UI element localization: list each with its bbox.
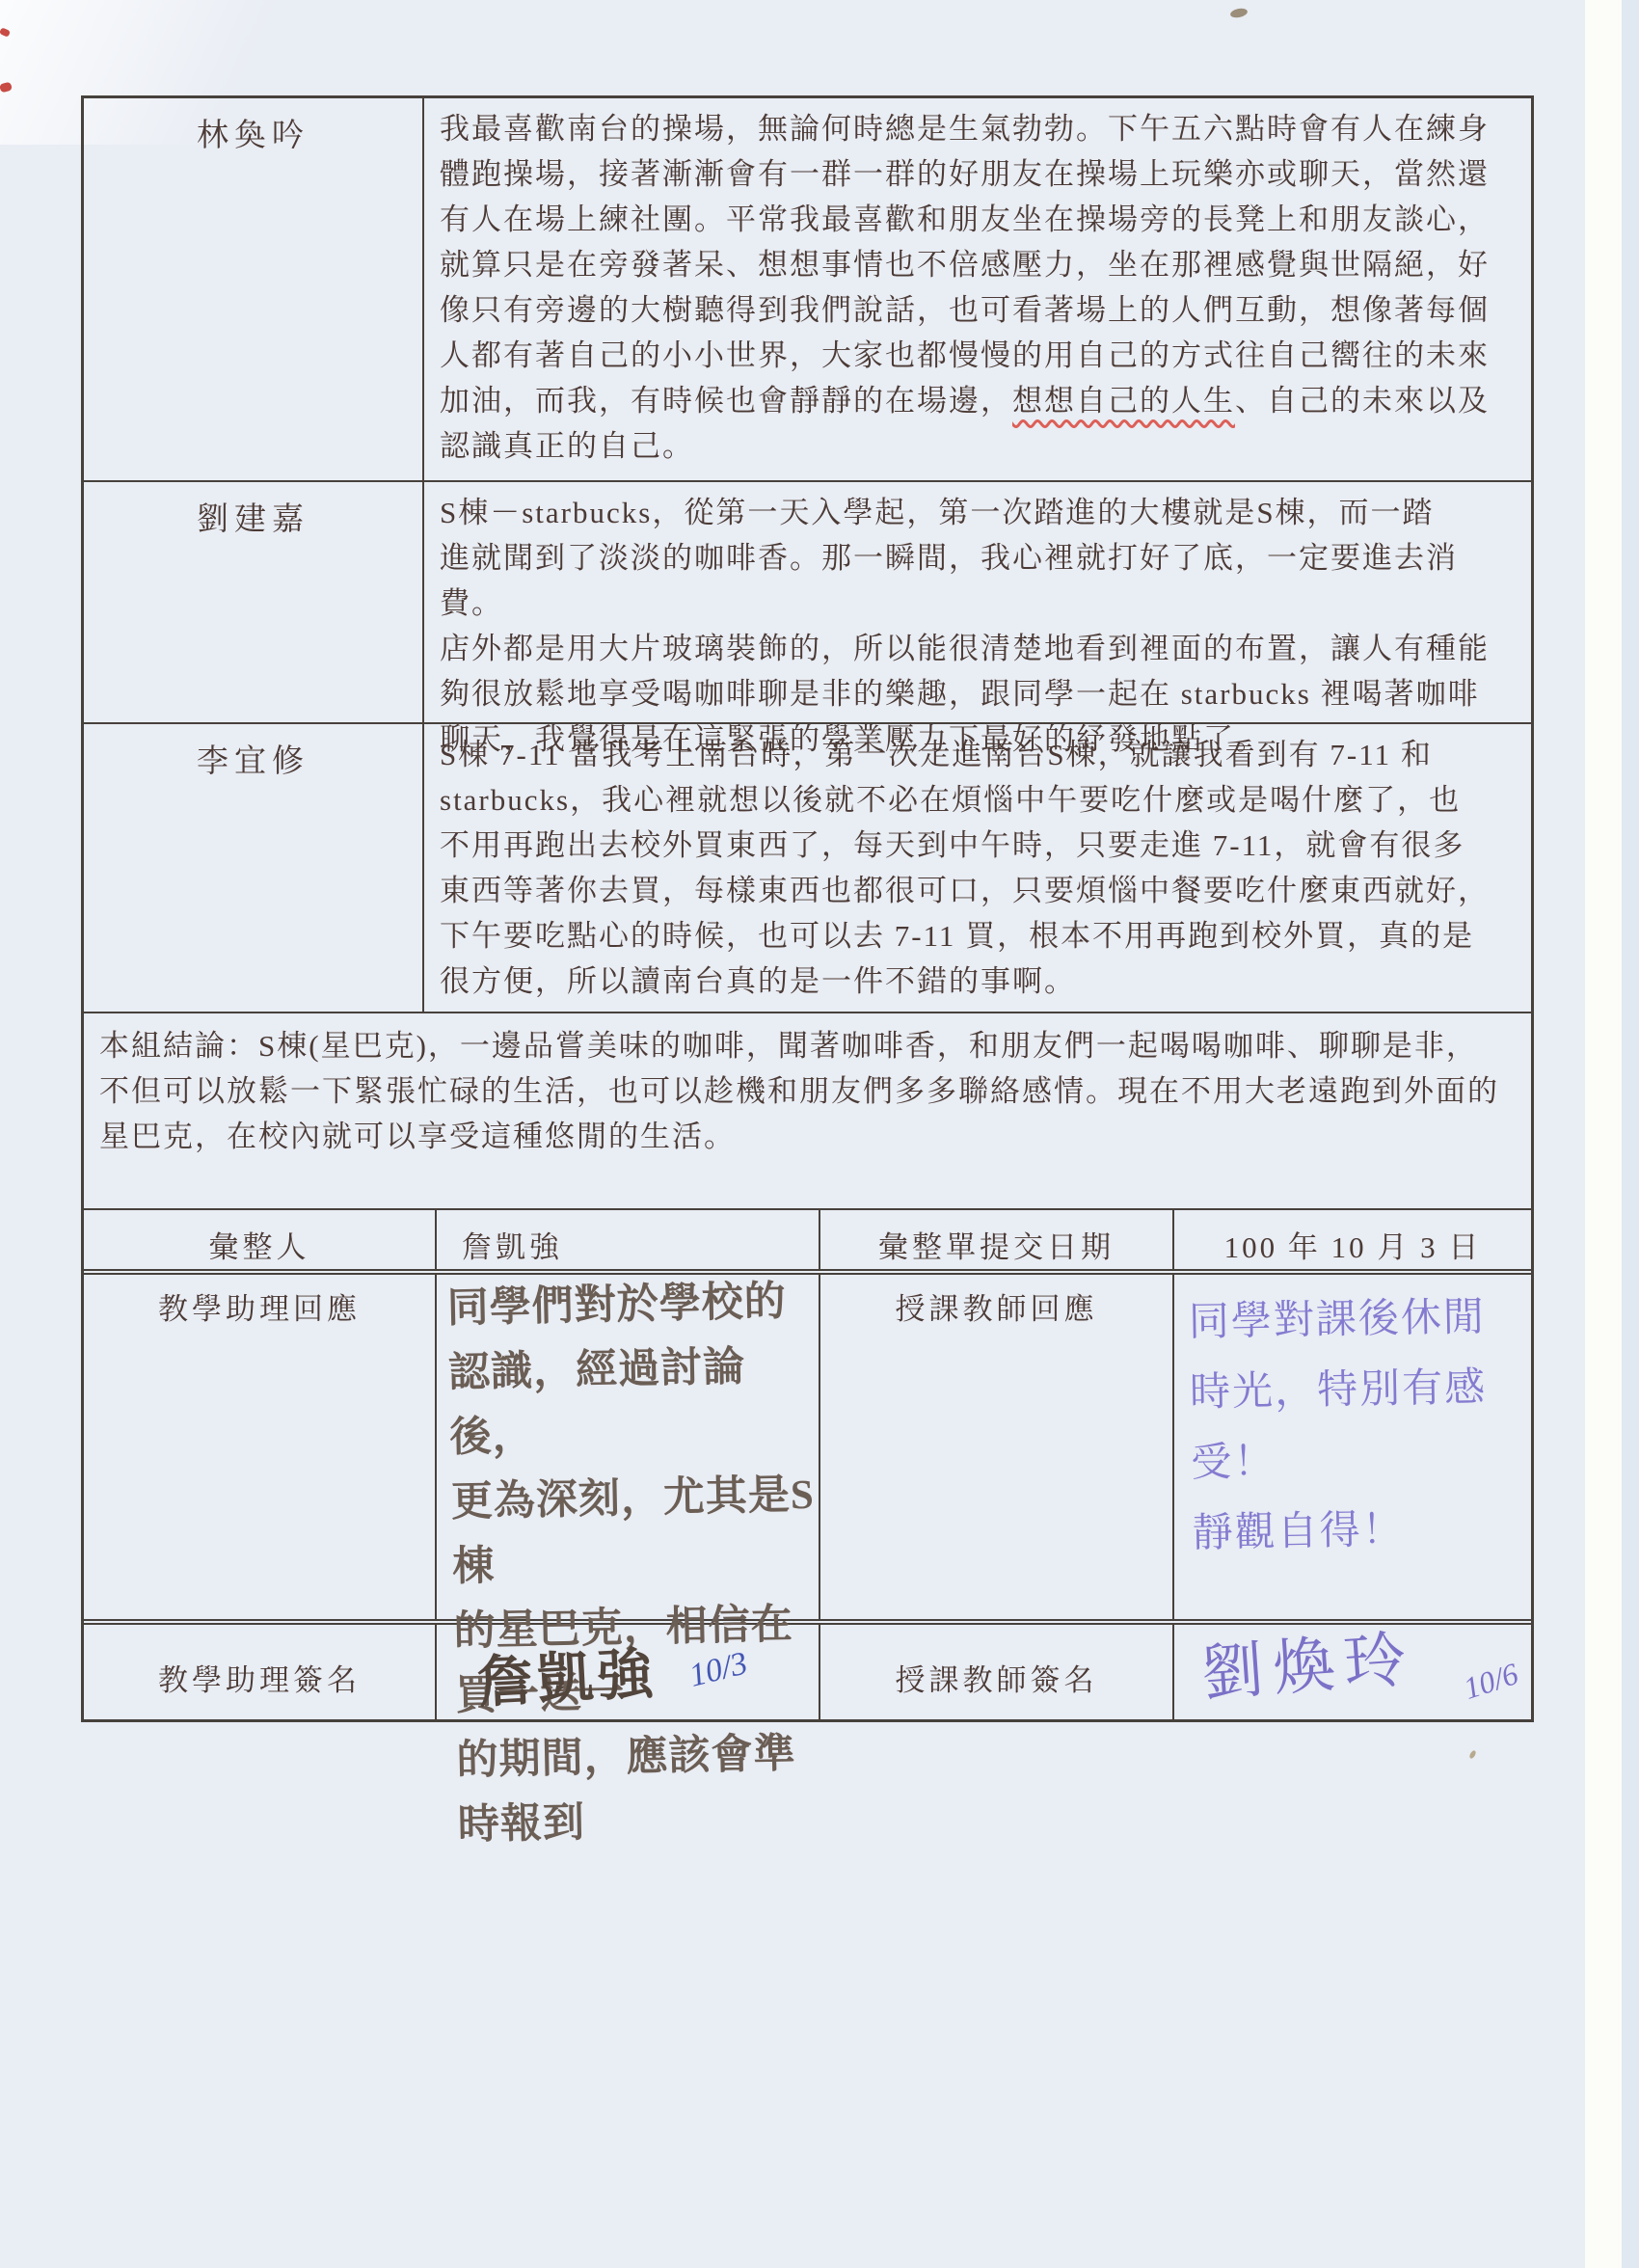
compiler-label: 彙整人 xyxy=(84,1210,437,1269)
ta-signature: 詹凱強 xyxy=(475,1628,658,1718)
compiler-name: 詹凱強 xyxy=(437,1210,820,1269)
student-comment: 我最喜歡南台的操場，無論何時總是生氣勃勃。下午五六點時會有人在練身 體跑操場，接… xyxy=(424,98,1531,480)
ta-signature-date: 10/3 xyxy=(685,1645,751,1694)
ta-signature-cell: 詹凱強 10/3 xyxy=(437,1625,820,1719)
ta-response-cell: 同學們對於學校的 認識，經過討論後， 更為深刻，尤其是S棟 的星巴克，相信在買一… xyxy=(437,1275,820,1619)
student-row: 李宜修 S棟 7-11 當我考上南台時，第一次走進南台S棟，就讓我看到有 7-1… xyxy=(84,722,1531,1012)
submit-date-value: 100 年 10 月 3 日 xyxy=(1174,1210,1531,1269)
scan-edge-strip xyxy=(1585,0,1622,2268)
teacher-signature: 劉煥玲 xyxy=(1198,1609,1418,1713)
red-pen-mark xyxy=(0,27,11,38)
summary-row: 彙整人 詹凱強 彙整單提交日期 100 年 10 月 3 日 xyxy=(84,1208,1531,1269)
scanned-form-page: { "students": [ { "name": "林奐吟", "text_b… xyxy=(0,0,1639,2268)
teacher-signature-date: 10/6 xyxy=(1460,1656,1523,1707)
teacher-signature-label: 授課教師簽名 xyxy=(820,1625,1174,1719)
ta-handwritten-response: 同學們對於學校的 認識，經過討論後， 更為深刻，尤其是S棟 的星巴克，相信在買一… xyxy=(437,1267,831,1858)
red-pen-mark xyxy=(0,82,13,94)
student-name: 劉建嘉 xyxy=(84,482,424,722)
comment-text: 我最喜歡南台的操場，無論何時總是生氣勃勃。下午五六點時會有人在練身 體跑操場，接… xyxy=(440,112,1490,418)
responses-row: 教學助理回應 同學們對於學校的 認識，經過討論後， 更為深刻，尤其是S棟 的星巴… xyxy=(84,1269,1531,1619)
student-name: 李宜修 xyxy=(84,724,424,1012)
feedback-form-table: 林奐吟 我最喜歡南台的操場，無論何時總是生氣勃勃。下午五六點時會有人在練身 體跑… xyxy=(81,95,1534,1722)
teacher-handwritten-response: 同學對課後休閒 時光，特別有感受！ 靜觀自得！ xyxy=(1174,1269,1536,1570)
scan-edge-shadow xyxy=(1622,0,1639,2268)
signatures-row: 教學助理簽名 詹凱強 10/3 授課教師簽名 劉煥玲 10/6 xyxy=(84,1619,1531,1719)
teacher-response-label: 授課教師回應 xyxy=(820,1275,1174,1619)
red-underlined-text: 想想自己的人生 xyxy=(1012,384,1235,418)
paper-speck xyxy=(1468,1749,1477,1759)
student-row: 林奐吟 我最喜歡南台的操場，無論何時總是生氣勃勃。下午五六點時會有人在練身 體跑… xyxy=(84,98,1531,480)
student-row: 劉建嘉 S棟－starbucks，從第一天入學起，第一次踏進的大樓就是S棟，而一… xyxy=(84,480,1531,722)
teacher-signature-cell: 劉煥玲 10/6 xyxy=(1174,1625,1531,1719)
submit-date-label: 彙整單提交日期 xyxy=(820,1210,1174,1269)
student-name: 林奐吟 xyxy=(84,98,424,480)
student-comment: S棟 7-11 當我考上南台時，第一次走進南台S棟，就讓我看到有 7-11 和 … xyxy=(424,724,1531,1012)
student-comment: S棟－starbucks，從第一天入學起，第一次踏進的大樓就是S棟，而一踏 進就… xyxy=(424,482,1531,722)
group-conclusion: 本組結論：S棟(星巴克)，一邊品嘗美味的咖啡，聞著咖啡香，和朋友們一起喝喝咖啡、… xyxy=(84,1012,1531,1208)
ink-smudge xyxy=(1229,7,1248,19)
ta-response-label: 教學助理回應 xyxy=(84,1275,437,1619)
teacher-response-cell: 同學對課後休閒 時光，特別有感受！ 靜觀自得！ xyxy=(1174,1275,1531,1619)
ta-signature-label: 教學助理簽名 xyxy=(84,1625,437,1719)
